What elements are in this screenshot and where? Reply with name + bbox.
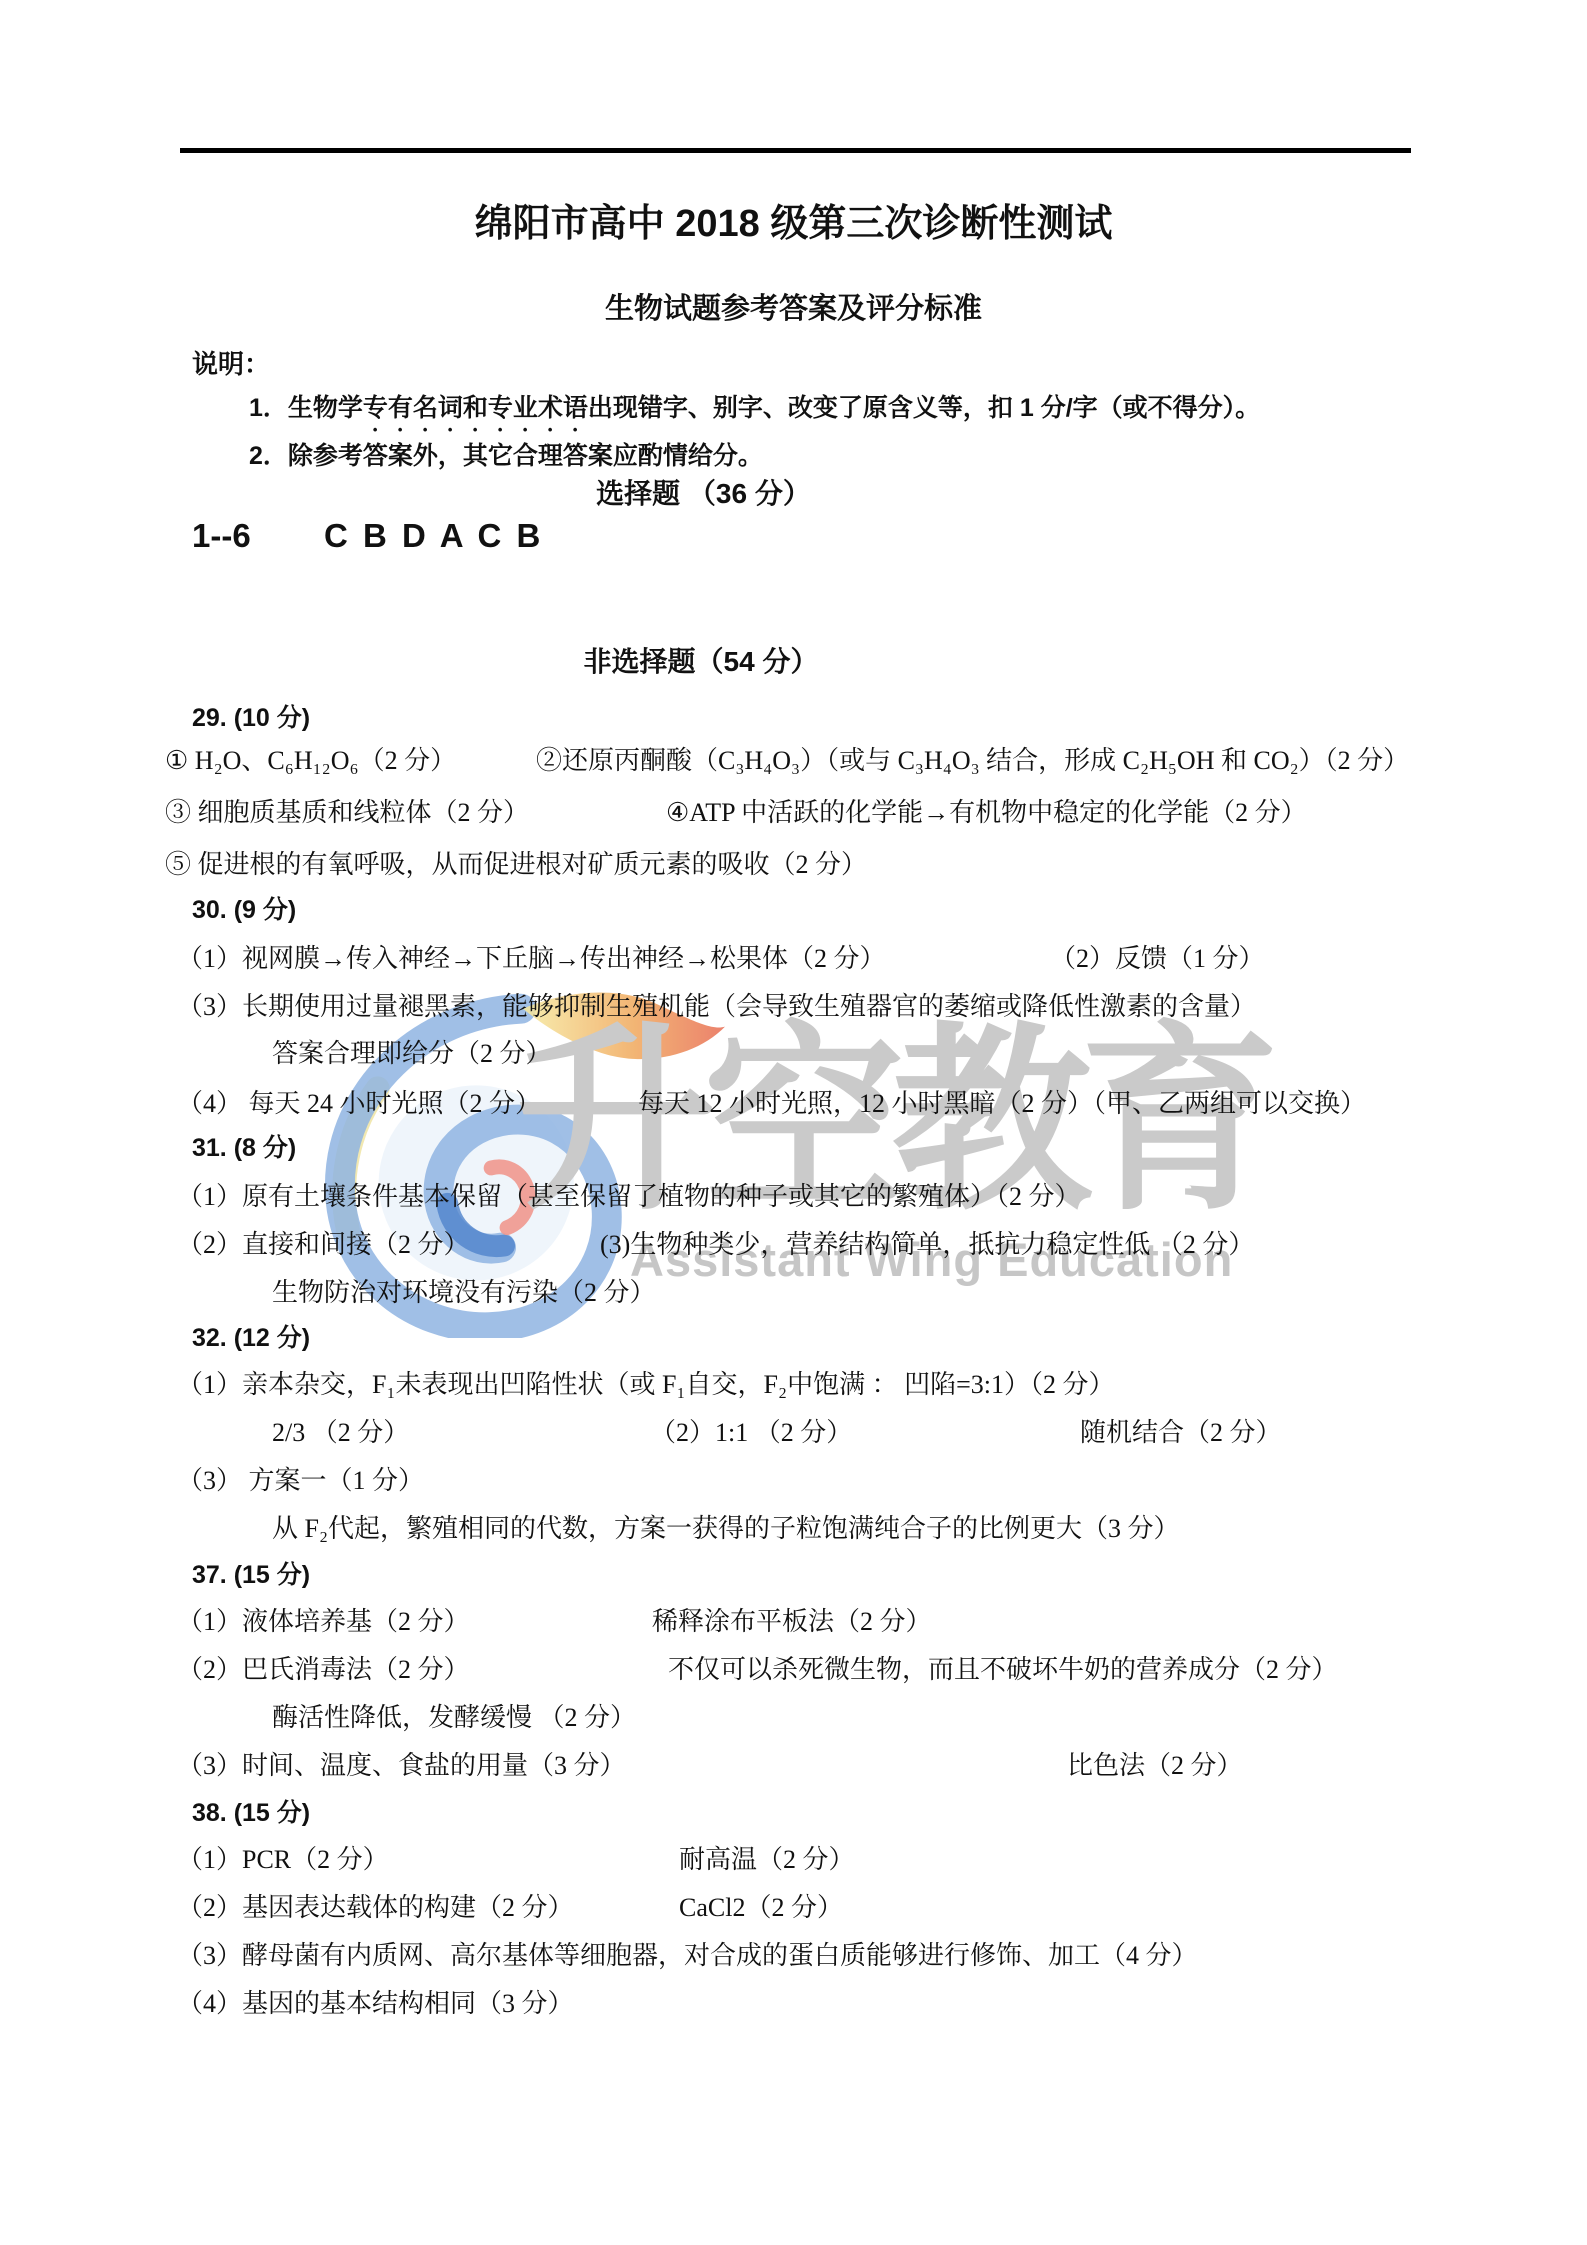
note-item-2: 2．除参考答案外，其它合理答案应酌情给分。 (249, 436, 763, 472)
section-heading-non-choice: 非选择题（54 分） (0, 640, 1402, 680)
answer-line: ⑤ 促进根的有氧呼吸，从而促进根对矿质元素的吸收（2 分） (0, 844, 1587, 884)
top-rule (180, 148, 1411, 153)
answer-segment: （2）基因表达载体的构建（2 分） (177, 1887, 574, 1924)
answer-line: ① H₂O、C₆H₁₂O₆（2 分）②还原丙酮酸（C₃H₄O₃）（或与 C₃H₄… (0, 740, 1587, 780)
answer-segment: （2）直接和间接（2 分） (177, 1224, 470, 1261)
answer-segment: 比色法（2 分） (1067, 1745, 1243, 1782)
answer-line: ③ 细胞质基质和线粒体（2 分）④ATP 中活跃的化学能→有机物中稳定的化学能（… (0, 792, 1587, 832)
answer-line: （3）长期使用过量褪黑素，能够抑制生殖机能（会导致生殖器官的萎缩或降低性激素的含… (0, 986, 1587, 1026)
question-number: 30. (9 分) (192, 890, 296, 926)
page-subtitle: 生物试题参考答案及评分标准 (0, 286, 1587, 327)
answer-segment: （2）巴氏消毒法（2 分） (177, 1649, 470, 1686)
answer-line: 答案合理即给分（2 分） (0, 1033, 1587, 1073)
answer-segment: 不仅可以杀死微生物，而且不破坏牛奶的营养成分（2 分） (668, 1649, 1338, 1686)
answer-line: （1）液体培养基（2 分）稀释涂布平板法（2 分） (0, 1601, 1587, 1641)
notes-label: 说明： (192, 344, 270, 381)
answer-segment: 酶活性降低，发酵缓慢 （2 分） (272, 1697, 636, 1734)
answer-line: 酶活性降低，发酵缓慢 （2 分） (0, 1697, 1587, 1737)
answer-segment: 稀释涂布平板法（2 分） (652, 1601, 932, 1638)
answer-line: （2）直接和间接（2 分）(3)生物种类少，营养结构简单，抵抗力稳定性低 （2 … (0, 1224, 1587, 1264)
answer-segment: ⑤ 促进根的有氧呼吸，从而促进根对矿质元素的吸收（2 分） (165, 844, 867, 881)
answer-line: （1）亲本杂交，F₁未表现出凹陷性状（或 F₁自交，F₂中饱满 ： 凹陷=3:1… (0, 1364, 1587, 1404)
answer-segment: CaCl2（2 分） (679, 1887, 843, 1924)
answer-line: （3） 方案一（1 分） (0, 1460, 1587, 1500)
answer-segment: （1）PCR（2 分） (177, 1839, 389, 1876)
answer-segment: （3）酵母菌有内质网、高尔基体等细胞器，对合成的蛋白质能够进行修饰、加工（4 分… (177, 1935, 1198, 1972)
answer-line: （1）原有土壤条件基本保留（甚至保留了植物的种子或其它的繁殖体）（2 分） (0, 1176, 1587, 1216)
answer-segment: 从 F₂代起，繁殖相同的代数，方案一获得的子粒饱满纯合子的比例更大（3 分） (272, 1508, 1180, 1545)
answer-segment: （3）时间、温度、食盐的用量（3 分） (177, 1745, 626, 1782)
answer-segment: （4） 每天 24 小时光照（2 分） (177, 1083, 541, 1120)
answer-segment: 耐高温（2 分） (679, 1839, 855, 1876)
answer-segment: 2/3 （2 分） (272, 1412, 409, 1449)
answer-segment: 随机结合（2 分） (1080, 1412, 1282, 1449)
choice-answer-letters: C B D A C B (324, 517, 543, 555)
note1-emphasized: 专有名词和专业术语 (363, 394, 588, 422)
document-content: 绵阳市高中 2018 级第三次诊断性测试 生物试题参考答案及评分标准 说明： 1… (0, 0, 1587, 2245)
answer-segment: （1）液体培养基（2 分） (177, 1601, 470, 1638)
answer-segment: （1）视网膜→传入神经→下丘脑→传出神经→松果体（2 分） (177, 938, 886, 975)
answer-line: （1）视网膜→传入神经→下丘脑→传出神经→松果体（2 分）（2）反馈（1 分） (0, 938, 1587, 978)
answer-segment: （1）原有土壤条件基本保留（甚至保留了植物的种子或其它的繁殖体）（2 分） (177, 1176, 1081, 1213)
answer-line: 2/3 （2 分）（2）1:1 （2 分）随机结合（2 分） (0, 1412, 1587, 1452)
answer-line: 生物防治对环境没有污染（2 分） (0, 1272, 1587, 1312)
answer-line: （2）巴氏消毒法（2 分）不仅可以杀死微生物，而且不破坏牛奶的营养成分（2 分） (0, 1649, 1587, 1689)
note-item-1: 1．生物学专有名词和专业术语出现错字、别字、改变了原含义等，扣 1 分/字（或不… (249, 388, 1260, 437)
answer-line: （2）基因表达载体的构建（2 分）CaCl2（2 分） (0, 1887, 1587, 1927)
answer-line: （1）PCR（2 分）耐高温（2 分） (0, 1839, 1587, 1879)
answer-segment: (3)生物种类少，营养结构简单，抵抗力稳定性低 （2 分） (600, 1224, 1254, 1261)
answer-line: （3）酵母菌有内质网、高尔基体等细胞器，对合成的蛋白质能够进行修饰、加工（4 分… (0, 1935, 1587, 1975)
answer-segment: ④ATP 中活跃的化学能→有机物中稳定的化学能（2 分） (666, 792, 1307, 829)
answer-segment: （1）亲本杂交，F₁未表现出凹陷性状（或 F₁自交，F₂中饱满 ： 凹陷=3:1… (177, 1364, 1114, 1401)
answer-line: （4）基因的基本结构相同（3 分） (0, 1983, 1587, 2023)
choice-answer-range: 1--6 (192, 517, 251, 555)
question-number: 31. (8 分) (192, 1128, 296, 1164)
answer-line: （4） 每天 24 小时光照（2 分）每天 12 小时光照，12 小时黑暗（2 … (0, 1083, 1587, 1123)
answer-line: （3）时间、温度、食盐的用量（3 分）比色法（2 分） (0, 1745, 1587, 1785)
answer-segment: （3） 方案一（1 分） (177, 1460, 424, 1497)
note1-post: 出现错字、别字、改变了原含义等，扣 1 分/字（或不得分）。 (588, 394, 1260, 422)
answer-segment: （4）基因的基本结构相同（3 分） (177, 1983, 574, 2020)
note1-pre: 1．生物学 (249, 394, 363, 422)
question-number: 32. (12 分) (192, 1318, 310, 1354)
answer-segment: ②还原丙酮酸（C₃H₄O₃）（或与 C₃H₄O₃ 结合，形成 C₂H₅OH 和 … (536, 740, 1409, 777)
answer-segment: ① H₂O、C₆H₁₂O₆（2 分） (165, 740, 456, 777)
document-page: 升空教育 Assistant Wing Education 绵阳市高中 2018… (0, 0, 1587, 2245)
answer-segment: 答案合理即给分（2 分） (272, 1033, 552, 1070)
answer-segment: （2）反馈（1 分） (1050, 938, 1265, 975)
question-number: 38. (15 分) (192, 1793, 310, 1829)
answer-segment: ③ 细胞质基质和线粒体（2 分） (165, 792, 529, 829)
answer-segment: 生物防治对环境没有污染（2 分） (272, 1272, 656, 1309)
question-number: 37. (15 分) (192, 1555, 310, 1591)
page-title: 绵阳市高中 2018 级第三次诊断性测试 (0, 192, 1587, 247)
answer-segment: （3）长期使用过量褪黑素，能够抑制生殖机能（会导致生殖器官的萎缩或降低性激素的含… (177, 986, 1256, 1023)
question-number: 29. (10 分) (192, 698, 310, 734)
answer-line: 从 F₂代起，繁殖相同的代数，方案一获得的子粒饱满纯合子的比例更大（3 分） (0, 1508, 1587, 1548)
answer-segment: （2）1:1 （2 分） (650, 1412, 852, 1449)
section-heading-choice: 选择题 （36 分） (0, 472, 1407, 512)
answer-segment: 每天 12 小时光照，12 小时黑暗（2 分）（甲、乙两组可以交换） (638, 1083, 1366, 1120)
